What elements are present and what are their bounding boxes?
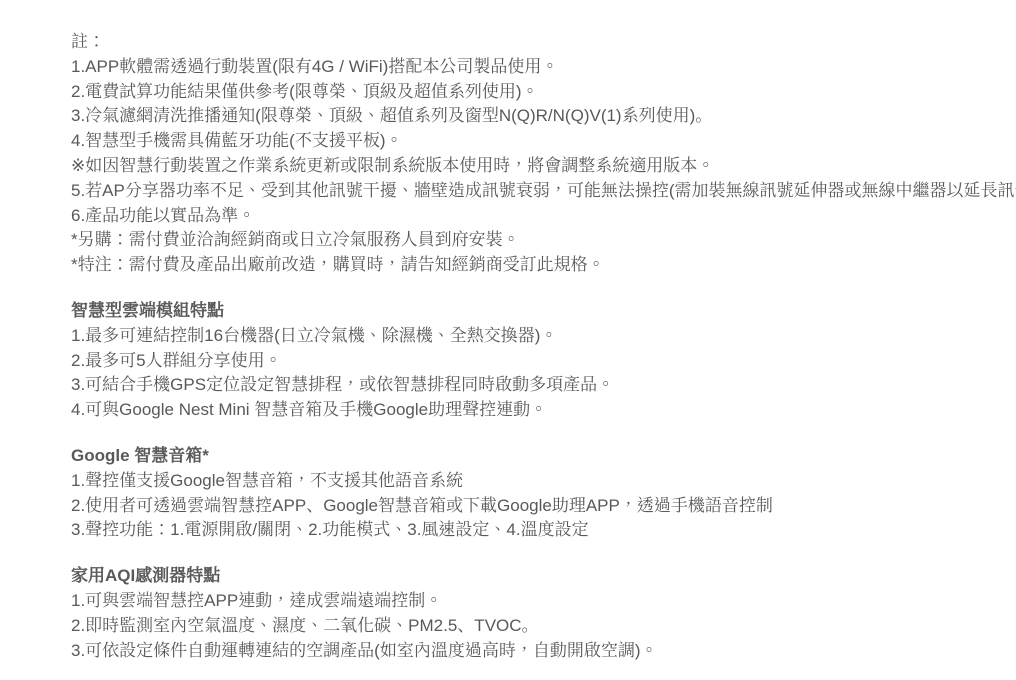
cloud-module-item: 1.最多可連結控制16台機器(日立冷氣機、除濕機、全熱交換器)。 [71,324,992,349]
note-item: 5.若AP分享器功率不足、受到其他訊號干擾、牆壁造成訊號衰弱，可能無法操控(需加… [71,179,992,204]
note-item: 4.智慧型手機需具備藍牙功能(不支援平板)。 [71,129,992,154]
note-item: 2.電費試算功能結果僅供參考(限尊榮、頂級及超值系列使用)。 [71,80,992,105]
note-item: 1.APP軟體需透過行動裝置(限有4G / WiFi)搭配本公司製品使用。 [71,55,992,80]
note-remark: ※如因智慧行動裝置之作業系統更新或限制系統版本使用時，將會調整系統適用版本。 [71,154,992,179]
aqi-sensor-item: 3.可依設定條件自動運轉連結的空調產品(如室內溫度過高時，自動開啟空調)。 [71,639,992,664]
note-purchase-remark: *另購：需付費並洽詢經銷商或日立冷氣服務人員到府安裝。 [71,228,992,253]
note-item: 6.產品功能以實品為準。 [71,204,992,229]
cloud-module-section: 智慧型雲端模組特點 1.最多可連結控制16台機器(日立冷氣機、除濕機、全熱交換器… [71,299,992,423]
note-item: 3.冷氣濾網清洗推播通知(限尊榮、頂級、超值系列及窗型N(Q)R/N(Q)V(1… [71,104,992,129]
note-section: 註： 1.APP軟體需透過行動裝置(限有4G / WiFi)搭配本公司製品使用。… [71,30,992,278]
aqi-sensor-item: 1.可與雲端智慧控APP連動，達成雲端遠端控制。 [71,589,992,614]
product-notes-document: 註： 1.APP軟體需透過行動裝置(限有4G / WiFi)搭配本公司製品使用。… [0,0,1016,663]
google-speaker-section: Google 智慧音箱* 1.聲控僅支援Google智慧音箱，不支援其他語音系統… [71,444,992,543]
cloud-module-item: 2.最多可5人群組分享使用。 [71,349,992,374]
google-speaker-item: 2.使用者可透過雲端智慧控APP、Google智慧音箱或下載Google助理AP… [71,494,992,519]
cloud-module-item: 3.可結合手機GPS定位設定智慧排程，或依智慧排程同時啟動多項產品。 [71,373,992,398]
cloud-module-title: 智慧型雲端模組特點 [71,299,992,324]
google-speaker-item: 3.聲控功能：1.電源開啟/關閉、2.功能模式、3.風速設定、4.溫度設定 [71,518,992,543]
cloud-module-item: 4.可與Google Nest Mini 智慧音箱及手機Google助理聲控連動… [71,398,992,423]
note-special-remark: *特注：需付費及產品出廠前改造，購買時，請告知經銷商受訂此規格。 [71,253,992,278]
aqi-sensor-item: 2.即時監測室內空氣溫度、濕度、二氧化碳、PM2.5、TVOC。 [71,614,992,639]
aqi-sensor-title: 家用AQI感測器特點 [71,564,992,589]
note-section-title: 註： [71,30,992,55]
google-speaker-item: 1.聲控僅支援Google智慧音箱，不支援其他語音系統 [71,469,992,494]
google-speaker-title: Google 智慧音箱* [71,444,992,469]
aqi-sensor-section: 家用AQI感測器特點 1.可與雲端智慧控APP連動，達成雲端遠端控制。 2.即時… [71,564,992,663]
